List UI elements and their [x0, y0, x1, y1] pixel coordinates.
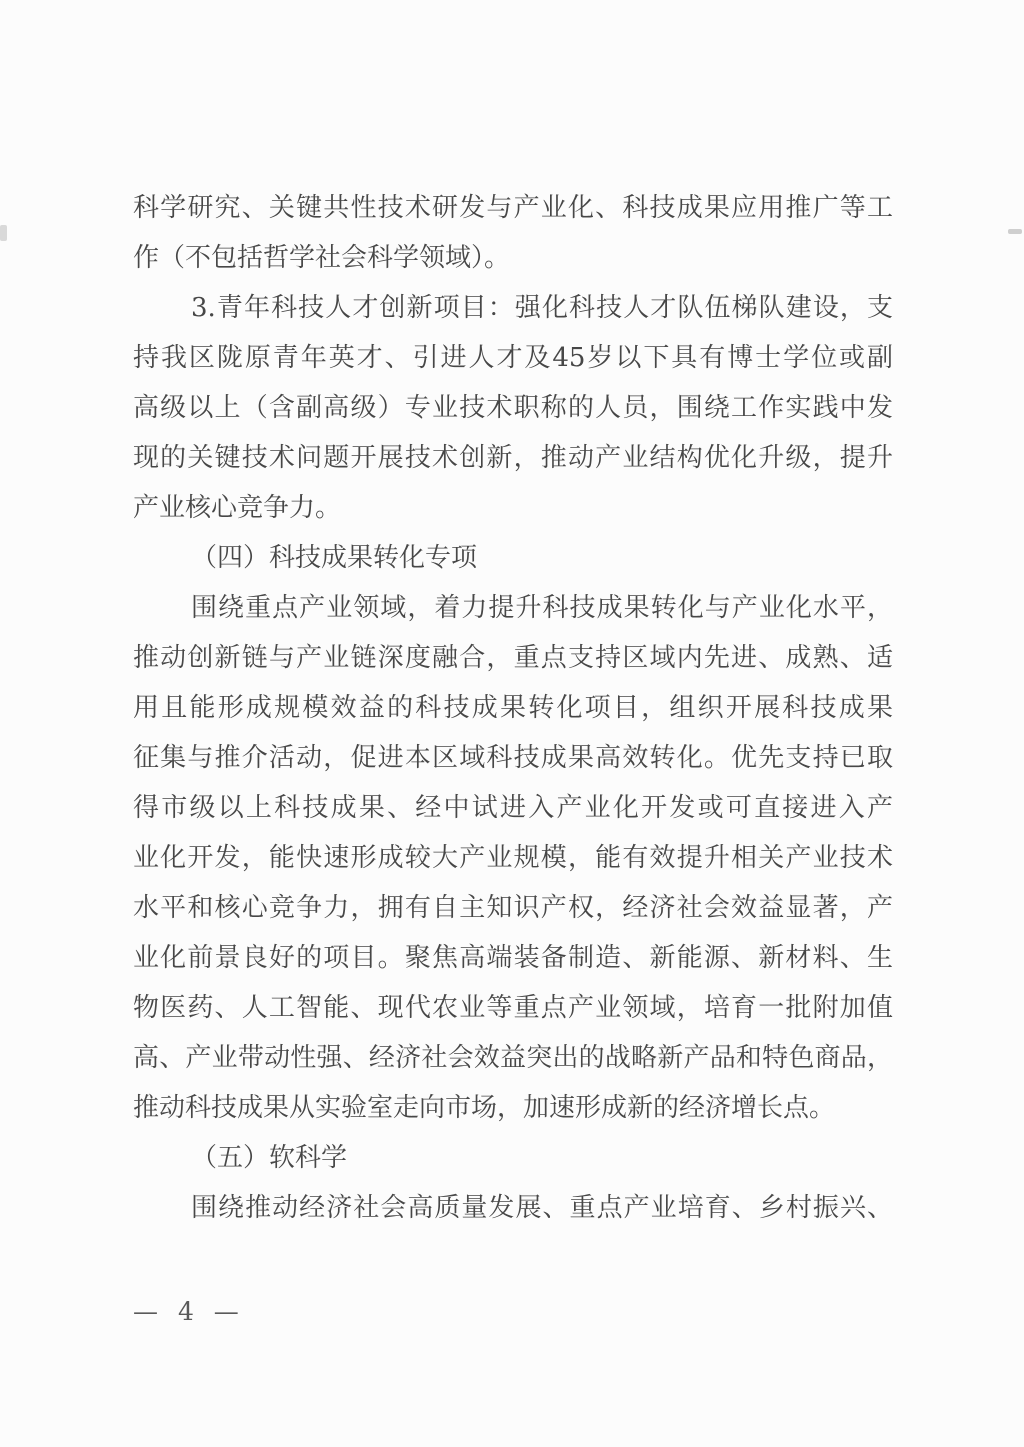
document-body: 科学研究、关键共性技术研发与产业化、科技成果应用推广等工作（不包括哲学社会科学领…	[133, 183, 893, 1233]
text-line: 水平和核心竞争力，拥有自主知识产权，经济社会效益显著，产	[133, 883, 893, 933]
document-page: 科学研究、关键共性技术研发与产业化、科技成果应用推广等工作（不包括哲学社会科学领…	[0, 0, 1024, 1447]
text-line: 围绕推动经济社会高质量发展、重点产业培育、乡村振兴、	[133, 1183, 893, 1233]
text-line: 围绕重点产业领域，着力提升科技成果转化与产业化水平，	[133, 583, 893, 633]
text-line: 用且能形成规模效益的科技成果转化项目，组织开展科技成果	[133, 683, 893, 733]
text-line: 征集与推介活动，促进本区域科技成果高效转化。优先支持已取	[133, 733, 893, 783]
text-line: 现的关键技术问题开展技术创新，推动产业结构优化升级，提升	[133, 433, 893, 483]
text-line: 高级以上（含副高级）专业技术职称的人员，围绕工作实践中发	[133, 383, 893, 433]
scan-artifact-left	[0, 225, 7, 241]
text-line: 业化前景良好的项目。聚焦高端装备制造、新能源、新材料、生	[133, 933, 893, 983]
text-line: 产业核心竞争力。	[133, 483, 893, 533]
text-line: （四）科技成果转化专项	[133, 533, 893, 583]
text-line: 业化开发，能快速形成较大产业规模，能有效提升相关产业技术	[133, 833, 893, 883]
page-number: — 4 —	[133, 1292, 245, 1332]
text-line: （五）软科学	[133, 1133, 893, 1183]
text-line: 物医药、人工智能、现代农业等重点产业领域，培育一批附加值	[133, 983, 893, 1033]
text-line: 推动科技成果从实验室走向市场，加速形成新的经济增长点。	[133, 1083, 893, 1133]
text-line: 3.青年科技人才创新项目：强化科技人才队伍梯队建设，支	[133, 283, 893, 333]
scan-artifact-right	[1008, 229, 1022, 234]
text-line: 高、产业带动性强、经济社会效益突出的战略新产品和特色商品，	[133, 1033, 893, 1083]
text-line: 作（不包括哲学社会科学领域）。	[133, 233, 893, 283]
text-line: 持我区陇原青年英才、引进人才及45岁以下具有博士学位或副	[133, 333, 893, 383]
text-line: 科学研究、关键共性技术研发与产业化、科技成果应用推广等工	[133, 183, 893, 233]
text-line: 推动创新链与产业链深度融合，重点支持区域内先进、成熟、适	[133, 633, 893, 683]
text-line: 得市级以上科技成果、经中试进入产业化开发或可直接进入产	[133, 783, 893, 833]
